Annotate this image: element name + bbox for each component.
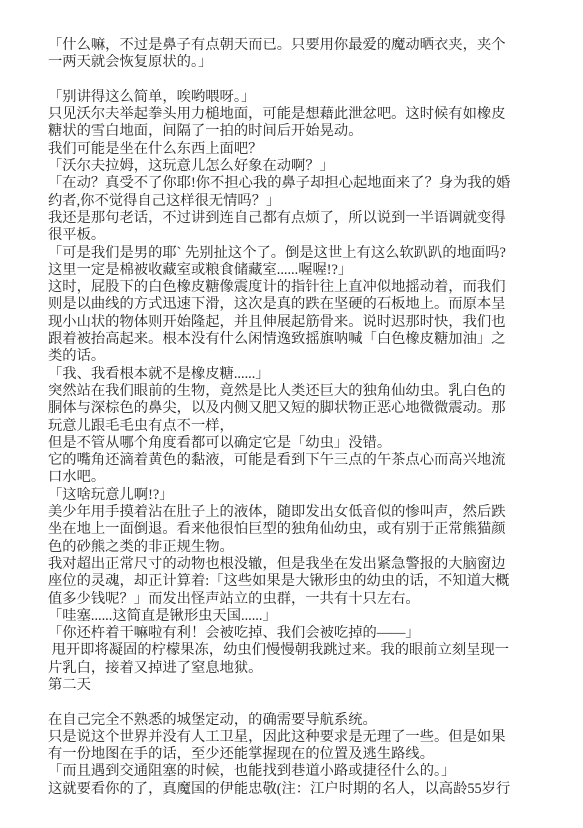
novel-page: 「什么嘛，不过是鼻子有点朝天而已。只要用你最爱的魔动晒衣夹，夹个一两天就会恢复原… <box>0 0 583 828</box>
text-line: 一两天就会恢复原状的。」 <box>48 54 537 71</box>
text-line: 我还是那句老话，不过讲到连自己都有点烦了，所以说到一半语调就变得 <box>48 210 537 227</box>
text-line: 类的话。 <box>48 348 537 365</box>
text-line: 「什么嘛，不过是鼻子有点朝天而已。只要用你最爱的魔动晒衣夹，夹个 <box>48 37 537 54</box>
text-line: 口水吧。 <box>48 469 537 486</box>
text-line: 玩意儿跟毛毛虫有点不一样， <box>48 418 537 435</box>
text-line: 「这啥玩意儿啊!?」 <box>48 487 537 504</box>
text-line: 坐在地上一面倒退。看来他很怕巨型的独角仙幼虫，或有别于正常熊猫颜 <box>48 521 537 538</box>
text-line: 「别讲得这么简单，唉哟喂呀。」 <box>48 89 537 106</box>
text-line: 现小山状的物体则开始隆起，并且伸展起筋骨来。说时迟那时快，我们也 <box>48 314 537 331</box>
text-line: 跟着被抬高起来。根本没有什么闲情逸致摇旗呐喊「白色橡皮糖加油」之 <box>48 331 537 348</box>
text-line: 第二天 <box>48 677 537 694</box>
text-line: 我们可能是坐在什么东西上面吧？ <box>48 141 537 158</box>
text-block: 「什么嘛，不过是鼻子有点朝天而已。只要用你最爱的魔动晒衣夹，夹个一两天就会恢复原… <box>48 37 537 798</box>
text-line: 只见沃尔夫举起拳头用力槌地面，可能是想藉此泄忿吧。这时候有如橡皮 <box>48 106 537 123</box>
text-line: 约者,你不觉得自己这样很无情吗？」 <box>48 193 537 210</box>
text-line: 在自己完全不熟悉的城堡定动，的确需要导航系统。 <box>48 712 537 729</box>
text-line: 我对超出正常尺寸的动物也根没辙，但是我坐在发出紧急警报的大脑窗边 <box>48 556 537 573</box>
blank-line <box>48 694 537 711</box>
text-line: 则是以曲线的方式迅速下滑，这次是真的跌在坚硬的石板地上。而原本呈 <box>48 296 537 313</box>
text-line: 甩开即将凝固的柠檬果冻，幼虫们慢慢朝我跳过来。我的眼前立刻呈现一 <box>48 642 537 659</box>
text-line: 「可是我们是男的耶ˋ 先别扯这个了。倒是这世上有这么软趴趴的地面吗? <box>48 245 537 262</box>
text-line: 「而且遇到交通阻塞的时候，也能找到巷道小路或捷径什么的。」 <box>48 763 537 780</box>
text-line: 片乳白，接着又掉进了窒息地狱。 <box>48 660 537 677</box>
text-line: 色的砂熊之类的非正规生物。 <box>48 539 537 556</box>
text-line: 很平板。 <box>48 227 537 244</box>
text-line: 美少年用手摸着沾在肚子上的液体，随即发出女低音似的惨叫声，然后跌 <box>48 504 537 521</box>
blank-line <box>48 72 537 89</box>
text-line: 座位的灵魂，却正计算着:「这些如果是大锹形虫的幼虫的话，不知道大概 <box>48 573 537 590</box>
text-line: 但是不管从哪个角度看都可以确定它是「幼虫」没错。 <box>48 435 537 452</box>
text-line: 有一份地图在手的话，至少还能掌握现在的位置及逃生路线。 <box>48 746 537 763</box>
text-line: 「在动？真受不了你耶!你不担心我的鼻子却担心起地面来了？身为我的婚 <box>48 175 537 192</box>
text-line: 「你还杵着干嘛啦有利！会被吃掉、我们会被吃掉的——」 <box>48 625 537 642</box>
text-line: 它的嘴角还滴着黄色的黏液，可能是看到下午三点的午茶点心而高兴地流 <box>48 452 537 469</box>
text-line: 「哇塞......这简直是锹形虫天国......」 <box>48 608 537 625</box>
text-line: 这时，屁股下的白色橡皮糖像震度计的指针往上直冲似地摇动着，而我们 <box>48 279 537 296</box>
text-line: 这里一定是棉被收藏室或粮食储藏室......喔喔!?」 <box>48 262 537 279</box>
text-line: 胴体与深棕色的鼻尖，以及内侧又肥又短的脚状物正恶心地微微震动。那 <box>48 400 537 417</box>
text-line: 这就要看你的了，真魔国的伊能忠敬(注：江户时期的名人，以高龄55岁行 <box>48 781 537 798</box>
text-line: 突然站在我们眼前的生物，竟然是比人类还巨大的独角仙幼虫。乳白色的 <box>48 383 537 400</box>
text-line: 「沃尔夫拉姆，这玩意儿怎么好象在动啊？」 <box>48 158 537 175</box>
text-line: 「我、我看根本就不是橡皮糖......」 <box>48 366 537 383</box>
text-line: 糖状的雪白地面，间隔了一拍的时间后开始晃动。 <box>48 123 537 140</box>
text-line: 只是说这个世界并没有人工卫星，因此这种要求是无理了一些。但是如果 <box>48 729 537 746</box>
text-line: 值多少钱呢？」而发出怪声站立的虫群，一共有十只左右。 <box>48 591 537 608</box>
